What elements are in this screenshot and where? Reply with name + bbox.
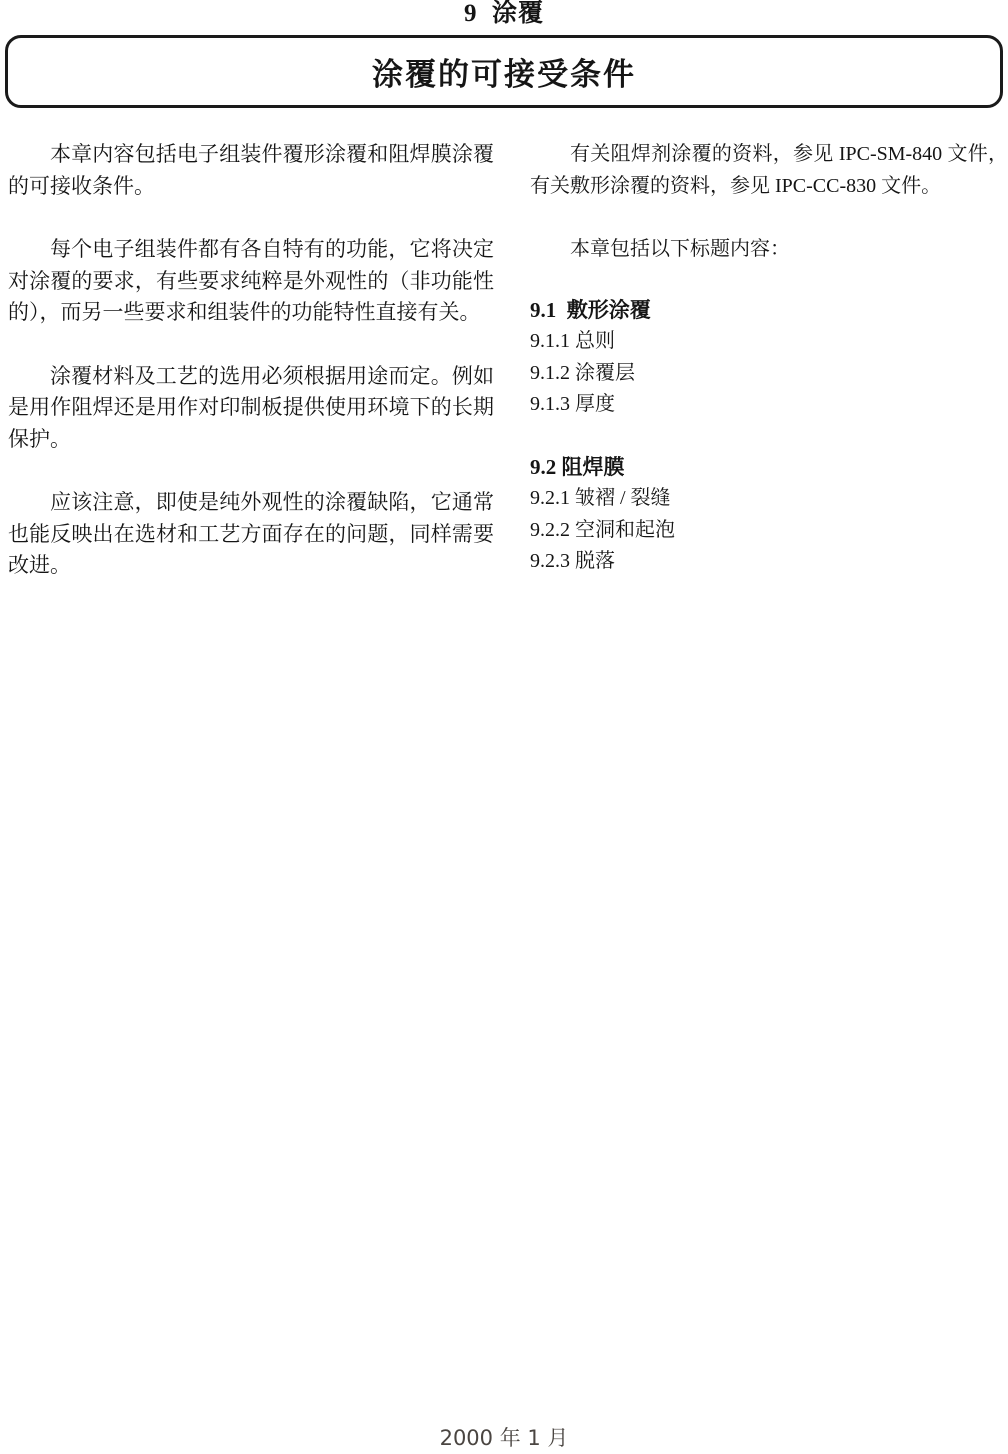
toc-item-9-1: 9.1 敷形涂覆 — [530, 295, 1008, 327]
document-page: 9 涂覆 涂覆的可接受条件 本章内容包括电子组装件覆形涂覆和阻焊膜涂覆的可接收条… — [0, 0, 1008, 1454]
toc-item-9-2-3: 9.2.3 脱落 — [530, 546, 1008, 578]
left-column: 本章内容包括电子组装件覆形涂覆和阻焊膜涂覆的可接收条件。 每个电子组装件都有各自… — [8, 139, 494, 614]
toc-item-9-2-1: 9.2.1 皱褶 / 裂缝 — [530, 483, 1008, 515]
paragraph-function-requirements: 每个电子组装件都有各自特有的功能，它将决定对涂覆的要求，有些要求纯粹是外观性的（… — [8, 234, 494, 329]
toc-list: 9.1 敷形涂覆 9.1.1 总则 9.1.2 涂覆层 9.1.3 厚度 9.2… — [530, 295, 1008, 578]
paragraph-reference-documents: 有关阻焊剂涂覆的资料，参见 IPC-SM-840 文件，有关敷形涂覆的资料，参见… — [530, 139, 1008, 202]
right-column: 有关阻焊剂涂覆的资料，参见 IPC-SM-840 文件，有关敷形涂覆的资料，参见… — [530, 139, 1008, 614]
title-box: 涂覆的可接受条件 — [5, 35, 1003, 108]
toc-item-9-2: 9.2 阻焊膜 — [530, 452, 1008, 484]
toc-item-9-2-2: 9.2.2 空洞和起泡 — [530, 515, 1008, 547]
toc-item-9-1-3: 9.1.3 厚度 — [530, 389, 1008, 421]
chapter-header: 9 涂覆 — [0, 0, 1008, 28]
toc-item-9-1-1: 9.1.1 总则 — [530, 326, 1008, 358]
paragraph-material-selection: 涂覆材料及工艺的选用必须根据用途而定。例如是用作阻焊还是用作对印制板提供使用环境… — [8, 361, 494, 456]
toc-lead: 本章包括以下标题内容： — [530, 234, 1008, 266]
content-columns: 本章内容包括电子组装件覆形涂覆和阻焊膜涂覆的可接收条件。 每个电子组装件都有各自… — [8, 139, 1008, 614]
paragraph-scope: 本章内容包括电子组装件覆形涂覆和阻焊膜涂覆的可接收条件。 — [8, 139, 494, 202]
paragraph-cosmetic-defects: 应该注意，即使是纯外观性的涂覆缺陷，它通常也能反映出在选材和工艺方面存在的问题，… — [8, 487, 494, 582]
page-footer-date: 2000 年 1 月 — [0, 1426, 1008, 1450]
page-title: 涂覆的可接受条件 — [372, 49, 636, 94]
toc-item-9-1-2: 9.1.2 涂覆层 — [530, 358, 1008, 390]
